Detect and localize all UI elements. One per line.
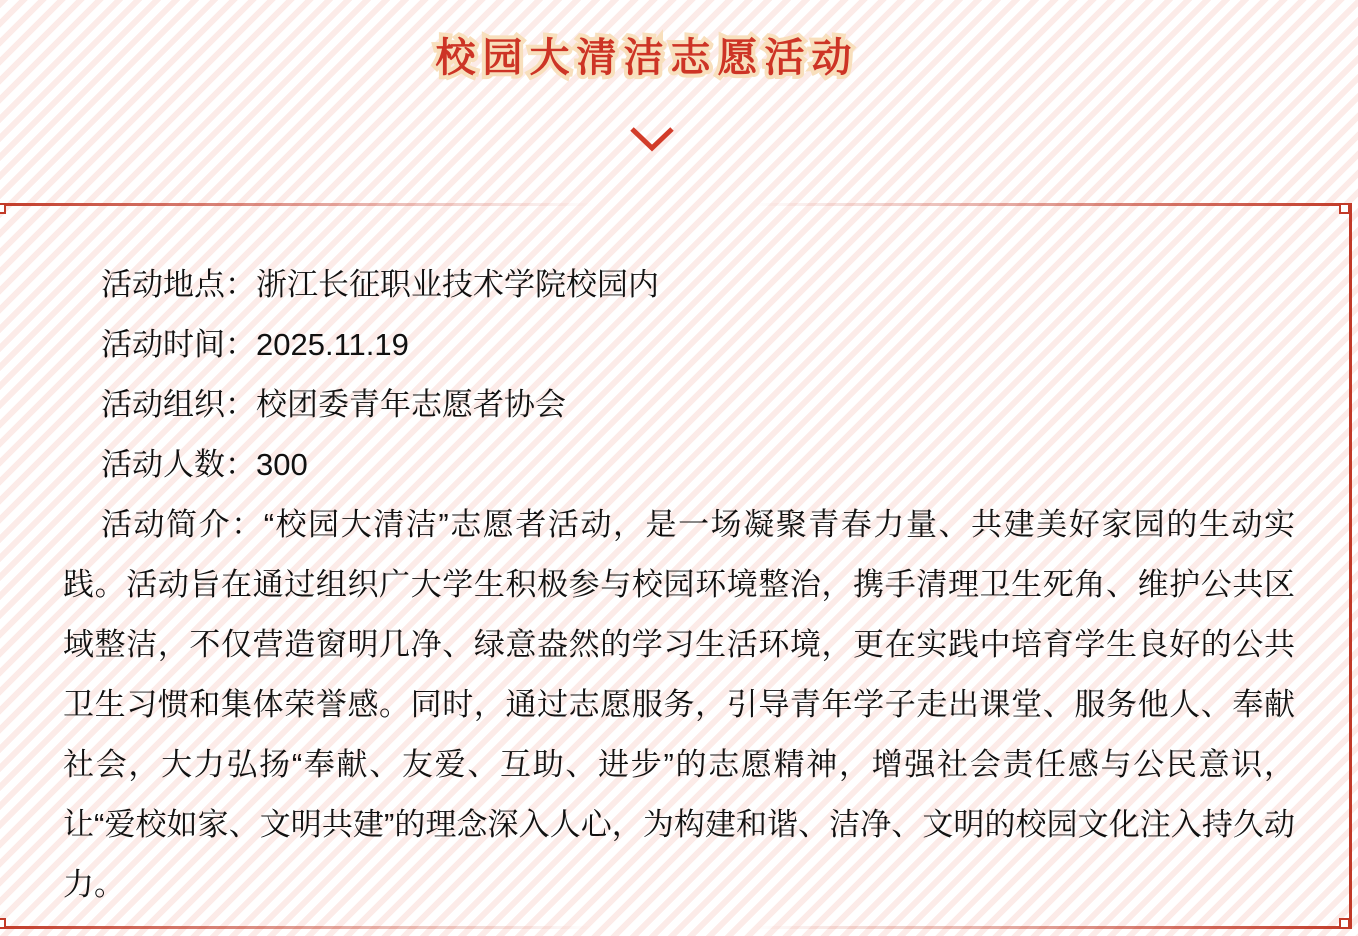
- card-border-top: [0, 203, 1352, 206]
- detail-location: 活动地点：浙江长征职业技术学院校园内: [63, 255, 1295, 315]
- card-content: 活动地点：浙江长征职业技术学院校园内 活动时间：2025.11.19 活动组织：…: [63, 255, 1295, 915]
- detail-headcount: 活动人数：300: [63, 435, 1295, 495]
- intro-paragraph: 活动简介：“校园大清洁”志愿者活动，是一场凝聚青春力量、共建美好家园的生动实践。…: [63, 495, 1295, 915]
- detail-organizer: 活动组织：校团委青年志愿者协会: [63, 375, 1295, 435]
- card-border-right: [1349, 203, 1352, 929]
- page-title-text: 校园大清洁志愿活动: [436, 36, 859, 80]
- card-border-bottom: [0, 926, 1352, 929]
- card-corner-top-right-icon: [1339, 203, 1350, 214]
- content-card: 活动地点：浙江长征职业技术学院校园内 活动时间：2025.11.19 活动组织：…: [0, 203, 1352, 929]
- card-corner-bottom-left-icon: [0, 918, 6, 929]
- activity-page: 校园大清洁志愿活动 校园大清洁志愿活动 活动地点：浙江长征职业技术学院校园内 活…: [0, 0, 1358, 936]
- chevron-down-icon: [629, 126, 675, 154]
- detail-time: 活动时间：2025.11.19: [63, 315, 1295, 375]
- page-title: 校园大清洁志愿活动 校园大清洁志愿活动: [436, 34, 859, 82]
- card-corner-bottom-right-icon: [1339, 918, 1350, 929]
- card-corner-top-left-icon: [0, 203, 6, 214]
